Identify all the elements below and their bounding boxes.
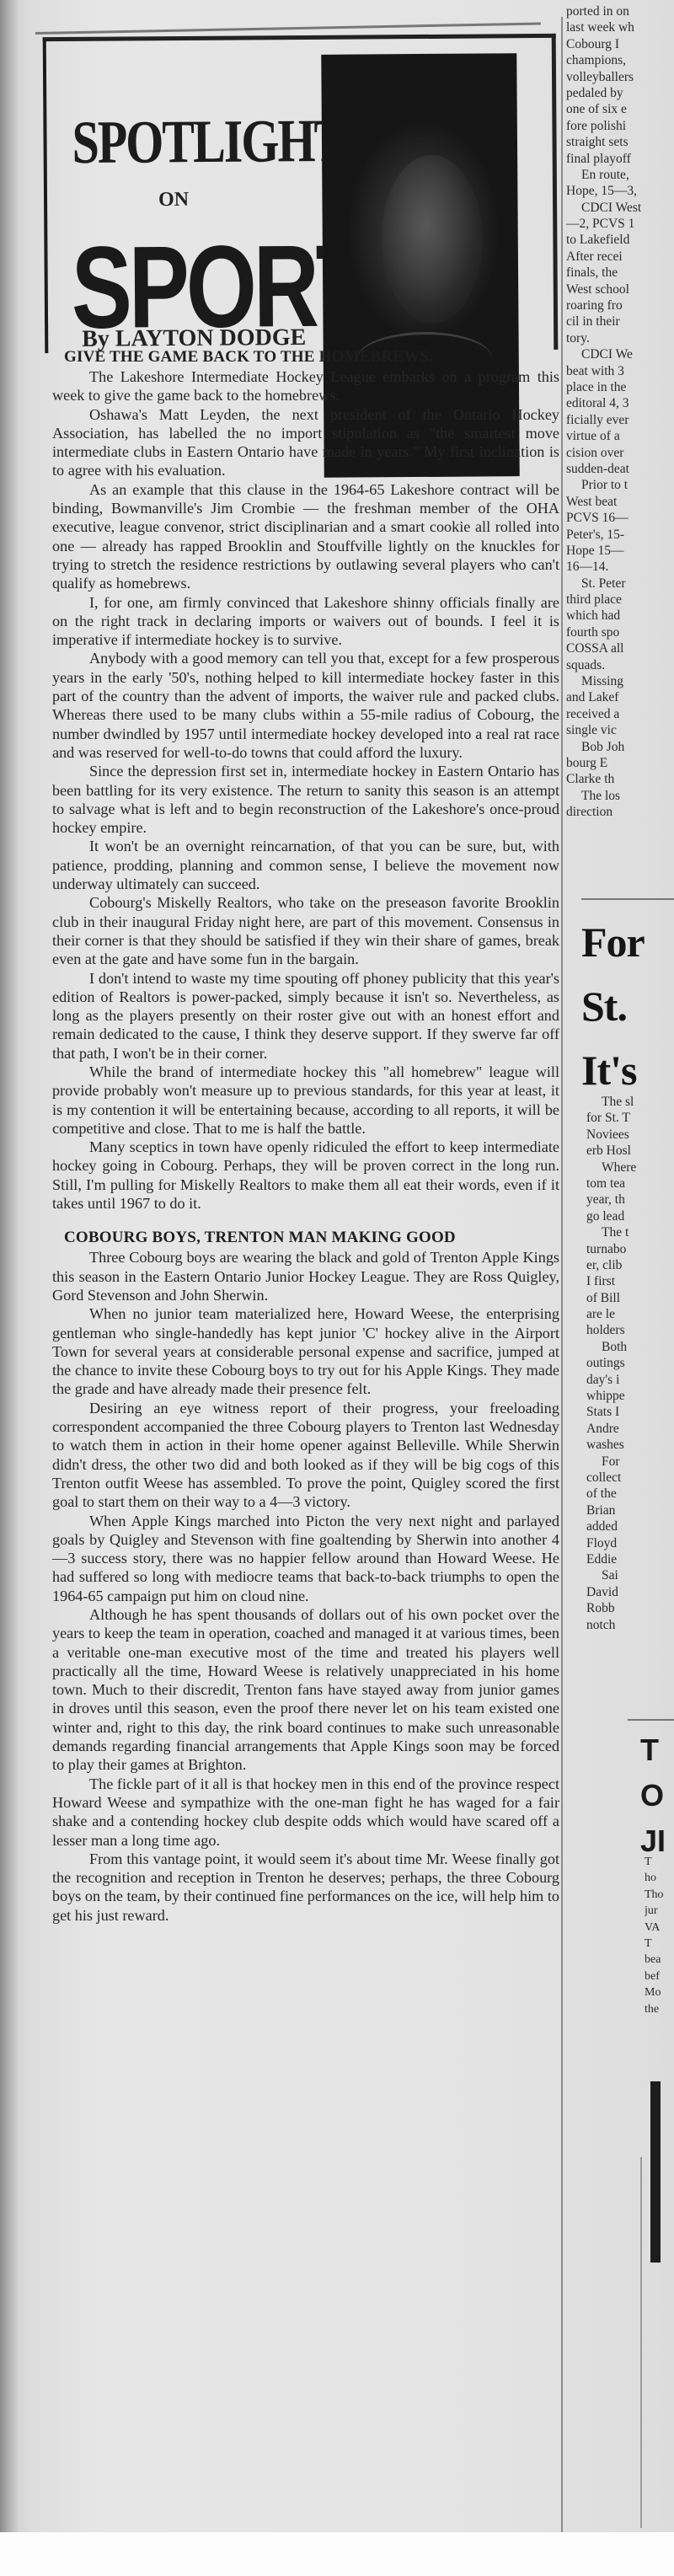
adjacent-text-line: —2, PCVS 1 (566, 216, 674, 232)
adjacent-text-line: Floyd (586, 1535, 674, 1551)
adjacent-text-line: one of six e (566, 101, 674, 117)
adjacent-text-line: T (645, 1854, 674, 1870)
adjacent-text-line: PCVS 16— (566, 510, 674, 526)
adjacent-text-line: VA (645, 1920, 674, 1936)
section-heading: GIVE THE GAME BACK TO THE HOMEBREWS. (52, 347, 559, 367)
adjacent-text-line: Eddie (586, 1551, 674, 1567)
adjacent-text-line: cision over (566, 445, 674, 461)
adjacent-text-line: which had (566, 608, 674, 624)
adjacent-text-line: CDCI We (566, 346, 674, 362)
adjacent-headline-1: ForSt.It's (581, 910, 645, 1102)
scan-edge-shadow (0, 0, 19, 2532)
article-paragraph: Three Cobourg boys are wearing the black… (52, 1248, 559, 1304)
photo-face-highlight (381, 154, 483, 324)
adjacent-article-top: ported in onlast week whCobourg Ichampio… (566, 3, 674, 821)
adjacent-text-line: Cobourg I (566, 36, 674, 52)
adjacent-headline-word: T (640, 1727, 666, 1773)
adjacent-text-line: champions, (566, 52, 674, 68)
adjacent-headline-word: For (581, 910, 645, 974)
adjacent-rule-2 (628, 1719, 674, 1721)
adjacent-text-line: 16—14. (566, 559, 674, 575)
adjacent-text-line: whippe (586, 1388, 674, 1404)
article-paragraph: The Lakeshore Intermediate Hockey League… (52, 367, 559, 405)
adjacent-text-line: Robb (586, 1600, 674, 1616)
adjacent-text-line: place in the (566, 379, 674, 395)
adjacent-text-line: and Lakef (566, 689, 674, 705)
adjacent-text-line: Noviees (586, 1127, 674, 1143)
section-heading: COBOURG BOYS, TRENTON MAN MAKING GOOD (52, 1228, 559, 1248)
adjacent-text-line: West school (566, 281, 674, 297)
adjacent-text-line: Sai (586, 1567, 674, 1583)
adjacent-text-line: roaring fro (566, 297, 674, 313)
adjacent-headline-word: St. (581, 974, 645, 1038)
adjacent-text-line: Peter's, 15- (566, 527, 674, 543)
article-paragraph: While the brand of intermediate hockey t… (52, 1063, 559, 1138)
adjacent-text-line: Hope 15— (566, 543, 674, 559)
adjacent-text-line: outings (586, 1355, 674, 1371)
adjacent-headline-word: It's (581, 1038, 645, 1102)
adjacent-rule-1 (581, 898, 674, 900)
adjacent-text-line: Where (586, 1159, 674, 1176)
adjacent-text-line: I first (586, 1273, 674, 1289)
column-divider-right (640, 2157, 642, 2528)
article-paragraph: I don't intend to waste my time spouting… (52, 969, 559, 1063)
article-paragraph: As an example that this clause in the 19… (52, 480, 559, 593)
article-paragraph: When no junior team materialized here, H… (52, 1304, 559, 1398)
adjacent-text-line: bourg E (566, 755, 674, 771)
adjacent-text-line: fourth spo (566, 624, 674, 640)
adjacent-text-line: The t (586, 1224, 674, 1240)
adjacent-text-line: washes (586, 1437, 674, 1453)
adjacent-text-line: tory. (566, 330, 674, 346)
article-paragraph: Anybody with a good memory can tell you … (52, 649, 559, 762)
article-paragraph: Since the depression first set in, inter… (52, 762, 559, 837)
adjacent-text-line: bea (645, 1952, 674, 1968)
adjacent-text-line: Tho (645, 1887, 674, 1903)
adjacent-text-line: er, clib (586, 1257, 674, 1273)
adjacent-text-line: Mo (645, 1984, 674, 2000)
newspaper-page: SPOTLIGHT ON SPORTS By LAYTON DODGE GIVE… (0, 0, 674, 2532)
adjacent-text-line: Bob Joh (566, 739, 674, 755)
adjacent-text-line: finals, the (566, 265, 674, 281)
article-paragraph: I, for one, am firmly convinced that Lak… (52, 593, 559, 650)
adjacent-text-line: jur (645, 1903, 674, 1919)
adjacent-text-line: year, th (586, 1192, 674, 1208)
adjacent-text-line: pedaled by (566, 85, 674, 101)
adjacent-text-line: beat with 3 (566, 363, 674, 379)
article-paragraph: Although he has spent thousands of dolla… (52, 1605, 559, 1775)
adjacent-text-line: volleyballers (566, 69, 674, 85)
adjacent-text-line: third place (566, 592, 674, 608)
adjacent-text-line: ficially ever (566, 412, 674, 428)
adjacent-text-line: cil in their (566, 313, 674, 329)
adjacent-text-line: squads. (566, 657, 674, 673)
article-paragraph: When Apple Kings marched into Picton the… (52, 1512, 559, 1605)
adjacent-text-line: for St. T (586, 1110, 674, 1126)
adjacent-text-line: Andre (586, 1421, 674, 1437)
adjacent-text-line: ho (645, 1870, 674, 1886)
adjacent-text-line: The los (566, 788, 674, 804)
adjacent-text-line: For (586, 1454, 674, 1470)
article-column: GIVE THE GAME BACK TO THE HOMEBREWS.The … (52, 347, 559, 1925)
adjacent-text-line: Prior to t (566, 477, 674, 493)
adjacent-text-line: Brian (586, 1502, 674, 1518)
adjacent-text-line: to Lakefield (566, 232, 674, 248)
adjacent-text-line: erb Hosl (586, 1143, 674, 1159)
page-bottom-margin (0, 2532, 674, 2576)
adjacent-text-line: received a (566, 706, 674, 722)
adjacent-text-line: final playoff (566, 151, 674, 167)
column-divider (561, 17, 563, 2532)
adjacent-text-line: David (586, 1584, 674, 1600)
adjacent-text-line: added (586, 1518, 674, 1534)
article-paragraph: Desiring an eye witness report of their … (52, 1399, 559, 1512)
adjacent-text-line: Missing (566, 673, 674, 689)
adjacent-article-mid: The slfor St. TNovieeserb HoslWheretom t… (586, 1094, 674, 1633)
adjacent-text-line: turnabo (586, 1241, 674, 1257)
adjacent-text-line: ported in on (566, 3, 674, 19)
masthead-title-spotlight: SPOTLIGHT (72, 105, 345, 178)
adjacent-text-line: direction (566, 804, 674, 820)
article-paragraph: Oshawa's Matt Leyden, the next president… (52, 405, 559, 480)
adjacent-text-line: straight sets (566, 134, 674, 150)
adjacent-text-line: T (645, 1936, 674, 1952)
article-paragraph: It won't be an overnight reincarnation, … (52, 837, 559, 893)
adjacent-text-line: St. Peter (566, 576, 674, 592)
adjacent-text-line: The sl (586, 1094, 674, 1110)
adjacent-text-line: of the (586, 1486, 674, 1502)
article-paragraph: Many sceptics in town have openly ridicu… (52, 1138, 559, 1213)
adjacent-text-line: Both (586, 1339, 674, 1355)
adjacent-headline-word: O (640, 1773, 666, 1818)
adjacent-text-line: sudden-deat (566, 461, 674, 477)
adjacent-text-line: COSSA all (566, 640, 674, 656)
article-paragraph: Cobourg's Miskelly Realtors, who take on… (52, 893, 559, 968)
adjacent-text-line: last week wh (566, 19, 674, 35)
adjacent-text-line: En route, (566, 167, 674, 183)
adjacent-text-line: editoral 4, 3 (566, 395, 674, 411)
adjacent-text-line: single vic (566, 722, 674, 738)
adjacent-photo-edge (650, 2081, 661, 2263)
masthead-title-on: ON (158, 189, 189, 212)
adjacent-text-line: tom tea (586, 1176, 674, 1192)
adjacent-text-line: holders (586, 1322, 674, 1338)
adjacent-text-line: collect (586, 1470, 674, 1486)
adjacent-text-line: fore polishi (566, 118, 674, 134)
adjacent-text-line: After recei (566, 249, 674, 265)
article-paragraph: The fickle part of it all is that hockey… (52, 1775, 559, 1850)
adjacent-text-line: day's i (586, 1372, 674, 1388)
adjacent-text-line: CDCI West (566, 200, 674, 216)
adjacent-text-line: West beat (566, 494, 674, 510)
adjacent-text-line: Clarke th (566, 771, 674, 787)
adjacent-text-line: virtue of a (566, 428, 674, 444)
top-rule (35, 22, 541, 35)
adjacent-article-bottom: ThoThojurVATbeabefMothe (645, 1854, 674, 2017)
adjacent-text-line: are le (586, 1306, 674, 1322)
adjacent-text-line: go lead (586, 1208, 674, 1224)
adjacent-text-line: of Bill (586, 1290, 674, 1306)
adjacent-text-line: bef (645, 1968, 674, 1984)
adjacent-text-line: the (645, 2001, 674, 2017)
adjacent-text-line: Stats I (586, 1404, 674, 1420)
article-paragraph: From this vantage point, it would seem i… (52, 1850, 559, 1925)
adjacent-text-line: Hope, 15—3, (566, 183, 674, 199)
adjacent-text-line: notch (586, 1617, 674, 1633)
adjacent-headline-2: TOJI (640, 1727, 666, 1864)
